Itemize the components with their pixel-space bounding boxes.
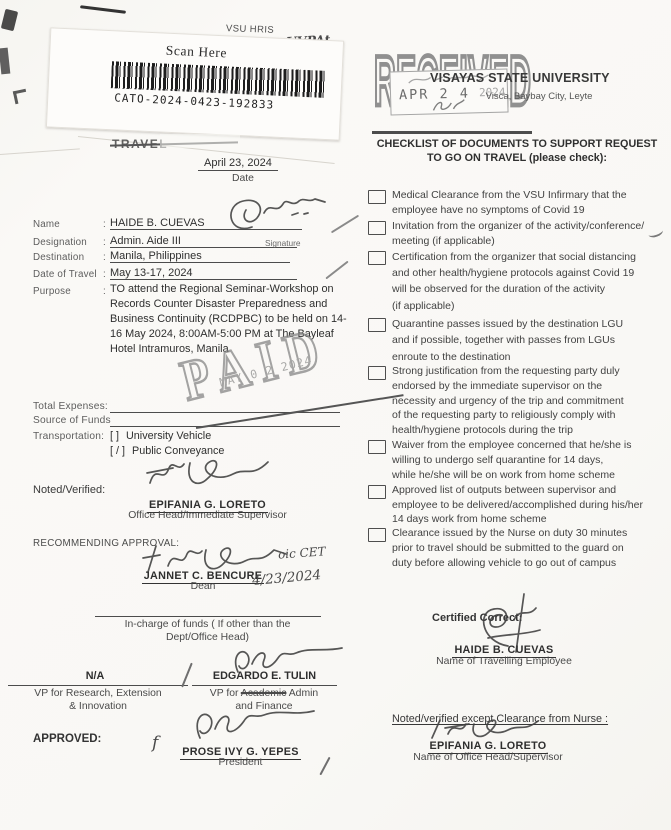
- scanned-travel-form-page: VSU HRIS UVPAt Scan Here CATO-2024-0423-…: [0, 0, 671, 830]
- transport-univ-label: University Vehicle: [126, 430, 211, 442]
- scan-fold-line: [0, 148, 80, 155]
- signature-epifania-loreto: [140, 453, 275, 493]
- field-label-destination: Destination: [33, 252, 84, 263]
- vp-left-line: [8, 685, 188, 686]
- field-label-name: Name: [33, 219, 60, 230]
- approved-title: President: [158, 757, 323, 768]
- checklist-item-text: Invitation from the organizer of the act…: [392, 219, 670, 249]
- checklist-item-text: Strong justification from the requesting…: [392, 364, 670, 438]
- scan-artifact: [1, 9, 18, 32]
- checklist-item: Invitation from the organizer of the act…: [368, 221, 668, 235]
- scan-artifact: [13, 89, 28, 104]
- checklist-item: Quarantine passes issued by the destinat…: [368, 318, 668, 332]
- noted-except-title: Name of Office Head/Supervisor: [402, 752, 574, 763]
- barcode-sticker: Scan Here CATO-2024-0423-192833: [46, 27, 344, 140]
- vp-right-title-post: Admin: [286, 688, 318, 699]
- field-value-destination: Manila, Philippines: [110, 250, 290, 263]
- checklist-item: Clearance issued by the Nurse on duty 30…: [368, 528, 668, 542]
- vp-right-line: [192, 685, 337, 686]
- checklist-item: Medical Clearance from the VSU Infirmary…: [368, 190, 668, 204]
- checklist-title-line1: CHECKLIST OF DOCUMENTS TO SUPPORT REQUES…: [366, 138, 668, 150]
- checklist-item-text: Quarantine passes issued by the destinat…: [392, 316, 670, 365]
- checklist-item: Certification from the organizer that so…: [368, 251, 668, 265]
- signature-haide-cuevas: [222, 193, 330, 239]
- total-expenses-line: [110, 412, 340, 413]
- vp-right-name: EDGARDO E. TULIN: [192, 670, 337, 682]
- in-charge-text2: Dept/Office Head): [70, 632, 345, 643]
- date-value: April 23, 2024: [198, 157, 278, 171]
- date-label: Date: [198, 173, 288, 184]
- signature-label: Signature: [265, 238, 301, 248]
- signature-prose-yepes: [188, 706, 318, 744]
- checkbox: [368, 190, 386, 204]
- checkbox: [368, 221, 386, 235]
- field-value-date-of-travel: May 13-17, 2024: [110, 267, 297, 280]
- certified-title: Name of Travelling Employee: [413, 656, 595, 667]
- field-label-purpose: Purpose: [33, 286, 71, 297]
- checklist-item-text: Waiver from the employee concerned that …: [392, 438, 670, 483]
- checkbox: [368, 366, 386, 380]
- stray-slash: [331, 215, 359, 234]
- transport-public-mark: [ / ]: [110, 445, 125, 457]
- checkbox: [368, 440, 386, 454]
- vp-left-title2: & Innovation: [8, 701, 188, 712]
- colon: :: [103, 252, 106, 263]
- scan-artifact: [80, 5, 126, 14]
- stray-slash: [325, 261, 348, 280]
- total-expenses-label: Total Expenses:: [33, 401, 108, 412]
- vp-left-title1: VP for Research, Extension: [8, 688, 188, 699]
- stray-slash: [181, 663, 192, 688]
- hris-label: VSU HRIS: [226, 23, 274, 36]
- checkbox: [368, 318, 386, 332]
- checklist-item-text: Clearance issued by the Nurse on duty 30…: [392, 526, 670, 571]
- checklist-item: Waiver from the employee concerned that …: [368, 440, 668, 454]
- checkbox: [368, 485, 386, 499]
- in-charge-line: [95, 616, 321, 617]
- in-charge-text1: In-charge of funds ( If other than the: [70, 619, 345, 630]
- colon: :: [103, 286, 106, 297]
- vp-right-title1: VP for Academic Admin: [188, 688, 340, 699]
- stamp-underline: [372, 131, 532, 134]
- vp-left-value: N/A: [30, 670, 160, 682]
- checklist-item: Strong justification from the requesting…: [368, 366, 668, 380]
- scan-fade: [160, 134, 240, 148]
- scan-here-label: Scan Here: [50, 37, 342, 66]
- noted-verified-title: Office Head/Immediate Supervisor: [110, 510, 305, 521]
- transport-univ-mark: [ ]: [110, 430, 119, 442]
- received-stamp: RECEIVED APR 2 4 2024: [372, 42, 537, 134]
- vp-right-title-struck: Academic: [241, 688, 287, 699]
- scan-artifact: [0, 48, 10, 75]
- source-of-funds-line: [110, 426, 340, 427]
- university-name: VISAYAS STATE UNIVERSITY: [430, 71, 648, 85]
- university-address: Visca, Baybay City, Leyte: [430, 91, 648, 102]
- checkbox: [368, 251, 386, 265]
- colon: :: [103, 269, 106, 280]
- vp-right-title-pre: VP for: [210, 688, 241, 699]
- field-label-designation: Designation: [33, 237, 87, 248]
- approved-label: APPROVED:: [33, 733, 101, 745]
- colon: :: [103, 219, 106, 230]
- checklist-item-text: Medical Clearance from the VSU Infirmary…: [392, 188, 670, 218]
- field-label-date-of-travel: Date of Travel: [33, 269, 97, 280]
- colon: :: [103, 237, 106, 248]
- checklist-item: Approved list of outputs between supervi…: [368, 485, 668, 499]
- checklist-item-text: Approved list of outputs between supervi…: [392, 483, 670, 527]
- checkbox: [368, 528, 386, 542]
- handwritten-oic: oic CET: [278, 544, 326, 561]
- source-of-funds-label: Source of Funds: [33, 415, 111, 426]
- transportation-label: Transportation:: [33, 431, 104, 442]
- checklist-item-text: Certification from the organizer that so…: [392, 249, 670, 314]
- noted-verified-label: Noted/Verified:: [33, 484, 105, 496]
- checklist-title-line2: TO GO ON TRAVEL (please check):: [366, 152, 668, 164]
